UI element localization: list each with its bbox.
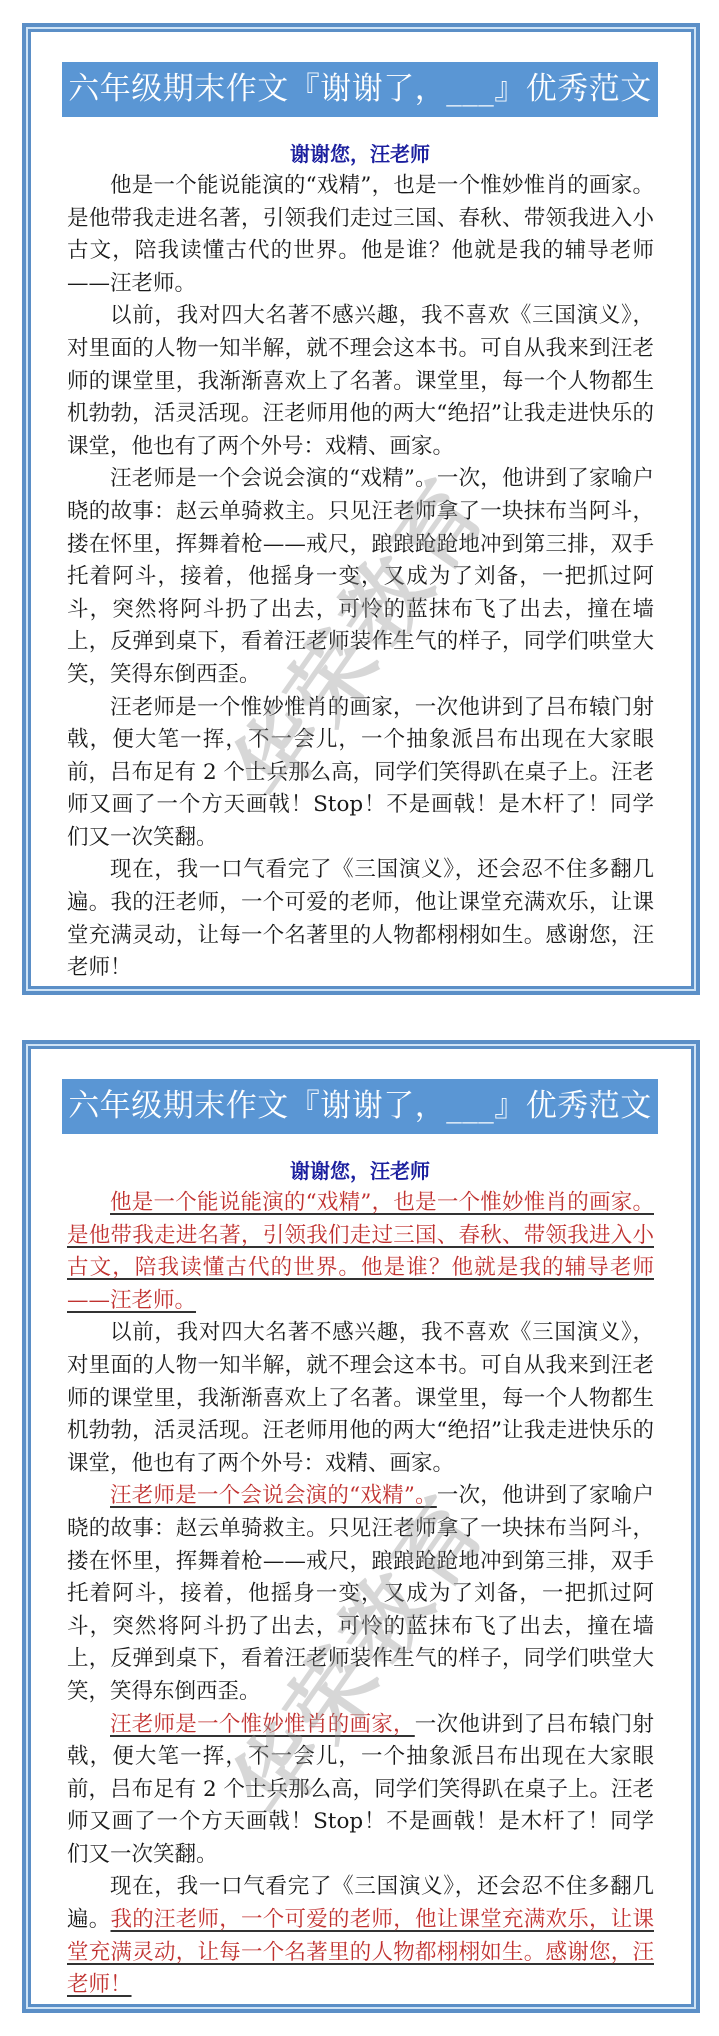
title-banner: 六年级期末作文『谢谢了，___』优秀范文 <box>62 1079 658 1134</box>
text-segment: 现在，我一口气看完了《三国演义》，还会忍不住多翻几遍。我的汪老师，一个可爱的老师… <box>67 857 654 980</box>
paragraph: 他是一个能说能演的“戏精”，也是一个惟妙惟肖的画家。是他带我走进名著，引领我们走… <box>67 170 654 300</box>
paragraph: 以前，我对四大名著不感兴趣，我不喜欢《三国演义》，对里面的人物一知半解，就不理会… <box>67 300 654 463</box>
paragraph: 现在，我一口气看完了《三国演义》，还会忍不住多翻几遍。我的汪老师，一个可爱的老师… <box>67 1871 654 2001</box>
highlighted-sentence: 他是一个能说能演的“戏精”，也是一个惟妙惟肖的画家。是他带我走进名著，引领我们走… <box>67 1190 654 1313</box>
essay-subtitle: 谢谢您，汪老师 <box>62 1156 658 1186</box>
paragraph: 汪老师是一个惟妙惟肖的画家，一次他讲到了吕布辕门射戟，便大笔一挥，不一会儿，一个… <box>67 1709 654 1872</box>
paragraph: 汪老师是一个会说会演的“戏精”。一次，他讲到了家喻户晓的故事：赵云单骑救主。只见… <box>67 1480 654 1708</box>
text-segment: 他是一个能说能演的“戏精”，也是一个惟妙惟肖的画家。是他带我走进名著，引领我们走… <box>67 173 654 296</box>
highlighted-sentence: 汪老师是一个惟妙惟肖的画家， <box>110 1712 415 1737</box>
text-segment: 以前，我对四大名著不感兴趣，我不喜欢《三国演义》，对里面的人物一知半解，就不理会… <box>67 303 654 458</box>
card-content: 六年级期末作文『谢谢了，___』优秀范文 谢谢您，汪老师 他是一个能说能演的“戏… <box>62 62 658 991</box>
paragraph: 他是一个能说能演的“戏精”，也是一个惟妙惟肖的画家。是他带我走进名著，引领我们走… <box>67 1187 654 1317</box>
title-banner: 六年级期末作文『谢谢了，___』优秀范文 <box>62 62 658 117</box>
highlighted-sentence: 我的汪老师，一个可爱的老师，他让课堂充满欢乐，让课堂充满灵动，让每一个名著里的人… <box>67 1907 654 1997</box>
essay-subtitle: 谢谢您，汪老师 <box>62 139 658 169</box>
paragraph: 汪老师是一个会说会演的“戏精”。一次，他讲到了家喻户晓的故事：赵云单骑救主。只见… <box>67 463 654 691</box>
text-segment: 以前，我对四大名著不感兴趣，我不喜欢《三国演义》，对里面的人物一知半解，就不理会… <box>67 1320 654 1475</box>
paragraph: 汪老师是一个惟妙惟肖的画家，一次他讲到了吕布辕门射戟，便大笔一挥，不一会儿，一个… <box>67 692 654 855</box>
essay-body: 他是一个能说能演的“戏精”，也是一个惟妙惟肖的画家。是他带我走进名著，引领我们走… <box>62 170 658 985</box>
card-content: 六年级期末作文『谢谢了，___』优秀范文 谢谢您，汪老师 他是一个能说能演的“戏… <box>62 1079 658 2009</box>
essay-card-annotated: 六年级期末作文『谢谢了，___』优秀范文 谢谢您，汪老师 他是一个能说能演的“戏… <box>22 1040 700 2013</box>
text-segment: 一次，他讲到了家喻户晓的故事：赵云单骑救主。只见汪老师拿了一块抹布当阿斗，搂在怀… <box>67 1483 654 1704</box>
paragraph: 以前，我对四大名著不感兴趣，我不喜欢《三国演义》，对里面的人物一知半解，就不理会… <box>67 1317 654 1480</box>
paragraph: 现在，我一口气看完了《三国演义》，还会忍不住多翻几遍。我的汪老师，一个可爱的老师… <box>67 854 654 984</box>
essay-body: 他是一个能说能演的“戏精”，也是一个惟妙惟肖的画家。是他带我走进名著，引领我们走… <box>62 1187 658 2002</box>
essay-card-original: 六年级期末作文『谢谢了，___』优秀范文 谢谢您，汪老师 他是一个能说能演的“戏… <box>22 23 700 995</box>
text-segment: 汪老师是一个惟妙惟肖的画家，一次他讲到了吕布辕门射戟，便大笔一挥，不一会儿，一个… <box>67 695 654 850</box>
text-segment: 汪老师是一个会说会演的“戏精”。一次，他讲到了家喻户晓的故事：赵云单骑救主。只见… <box>67 466 654 687</box>
highlighted-sentence: 汪老师是一个会说会演的“戏精”。 <box>110 1483 437 1508</box>
